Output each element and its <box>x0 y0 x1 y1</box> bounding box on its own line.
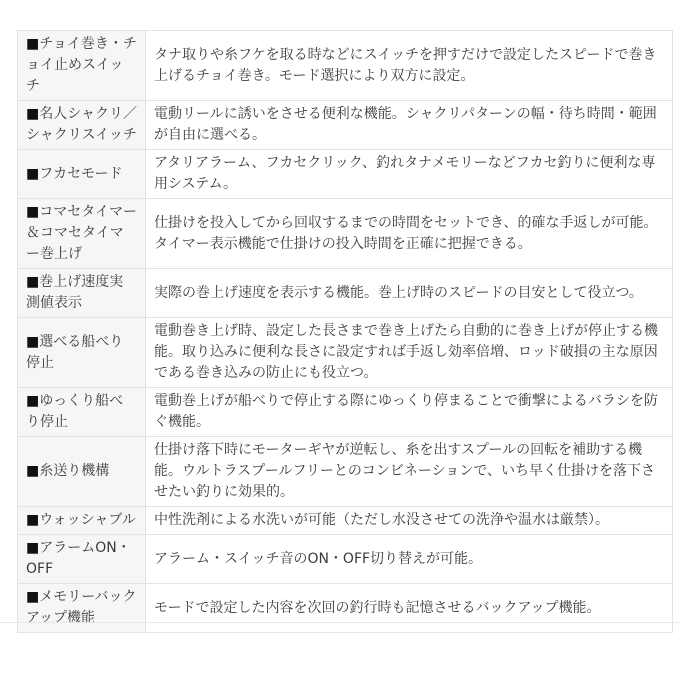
table-row: ■アラームON・OFF アラーム・スイッチ音のON・OFF切り替えが可能。 <box>18 535 673 584</box>
feature-description-cell: 実際の巻上げ速度を表示する機能。巻上げ時のスピードの目安として役立つ。 <box>146 269 673 318</box>
feature-description-cell: 電動リールに誘いをさせる便利な機能。シャクリパターンの幅・待ち時間・範囲が自由に… <box>146 101 673 150</box>
feature-name-cell: ■選べる船べり停止 <box>18 318 146 388</box>
feature-description-cell: 電動巻上げが船べりで停止する際にゆっくり停まることで衝撃によるバラシを防ぐ機能。 <box>146 388 673 437</box>
feature-description-cell: モードで設定した内容を次回の釣行時も記憶させるバックアップ機能。 <box>146 584 673 633</box>
square-bullet-icon: ■ <box>26 393 39 409</box>
feature-name-cell: ■糸送り機構 <box>18 437 146 507</box>
feature-name-cell: ■アラームON・OFF <box>18 535 146 584</box>
feature-description-cell: 電動巻き上げ時、設定した長さまで巻き上げたら自動的に巻き上げが停止する機能。取り… <box>146 318 673 388</box>
square-bullet-icon: ■ <box>26 36 39 52</box>
square-bullet-icon: ■ <box>26 274 39 290</box>
feature-name: チョイ巻き・チョイ止めスイッチ <box>26 36 137 94</box>
feature-name-cell: ■ゆっくり船べり停止 <box>18 388 146 437</box>
table-row: ■メモリーバックアップ機能 モードで設定した内容を次回の釣行時も記憶させるバック… <box>18 584 673 633</box>
feature-name-cell: ■フカセモード <box>18 150 146 199</box>
feature-description-cell: 仕掛けを投入してから回収するまでの時間をセットでき、的確な手返しが可能。タイマー… <box>146 199 673 269</box>
feature-name: 選べる船べり停止 <box>26 334 123 371</box>
table-row: ■糸送り機構 仕掛け落下時にモーターギヤが逆転し、糸を出すスプールの回転を補助す… <box>18 437 673 507</box>
square-bullet-icon: ■ <box>26 540 39 556</box>
section-divider <box>0 622 680 623</box>
feature-description-cell: タナ取りや糸フケを取る時などにスイッチを押すだけで設定したスピードで巻き上げるチ… <box>146 31 673 101</box>
table-row: ■コマセタイマー＆コマセタイマー巻上げ 仕掛けを投入してから回収するまでの時間を… <box>18 199 673 269</box>
square-bullet-icon: ■ <box>26 463 39 479</box>
feature-description-cell: アラーム・スイッチ音のON・OFF切り替えが可能。 <box>146 535 673 584</box>
square-bullet-icon: ■ <box>26 334 39 350</box>
feature-name: メモリーバックアップ機能 <box>26 589 137 626</box>
feature-name: 巻上げ速度実測値表示 <box>26 274 123 311</box>
feature-name: フカセモード <box>39 166 122 182</box>
feature-name: 糸送り機構 <box>39 463 109 479</box>
feature-name: アラームON・OFF <box>26 540 131 577</box>
product-feature-page: ■チョイ巻き・チョイ止めスイッチ タナ取りや糸フケを取る時などにスイッチを押すだ… <box>0 0 680 680</box>
feature-name-cell: ■コマセタイマー＆コマセタイマー巻上げ <box>18 199 146 269</box>
square-bullet-icon: ■ <box>26 204 39 220</box>
feature-description-cell: 仕掛け落下時にモーターギヤが逆転し、糸を出すスプールの回転を補助する機能。ウルト… <box>146 437 673 507</box>
table-row: ■ウォッシャブル 中性洗剤による水洗いが可能（ただし水没させての洗浄や温水は厳禁… <box>18 507 673 535</box>
table-row: ■名人シャクリ／シャクリスイッチ 電動リールに誘いをさせる便利な機能。シャクリパ… <box>18 101 673 150</box>
square-bullet-icon: ■ <box>26 106 39 122</box>
table-row: ■フカセモード アタリアラーム、フカセクリック、釣れタナメモリーなどフカセ釣りに… <box>18 150 673 199</box>
feature-name-cell: ■名人シャクリ／シャクリスイッチ <box>18 101 146 150</box>
feature-name: ウォッシャブル <box>39 512 136 528</box>
feature-name-cell: ■巻上げ速度実測値表示 <box>18 269 146 318</box>
feature-name-cell: ■チョイ巻き・チョイ止めスイッチ <box>18 31 146 101</box>
square-bullet-icon: ■ <box>26 512 39 528</box>
feature-name: コマセタイマー＆コマセタイマー巻上げ <box>26 204 137 262</box>
feature-name-cell: ■メモリーバックアップ機能 <box>18 584 146 633</box>
feature-name: 名人シャクリ／シャクリスイッチ <box>26 106 137 143</box>
feature-description-cell: 中性洗剤による水洗いが可能（ただし水没させての洗浄や温水は厳禁）。 <box>146 507 673 535</box>
table-row: ■巻上げ速度実測値表示 実際の巻上げ速度を表示する機能。巻上げ時のスピードの目安… <box>18 269 673 318</box>
feature-description-cell: アタリアラーム、フカセクリック、釣れタナメモリーなどフカセ釣りに便利な専用システ… <box>146 150 673 199</box>
feature-name-cell: ■ウォッシャブル <box>18 507 146 535</box>
feature-table: ■チョイ巻き・チョイ止めスイッチ タナ取りや糸フケを取る時などにスイッチを押すだ… <box>17 30 673 633</box>
square-bullet-icon: ■ <box>26 589 39 605</box>
feature-name: ゆっくり船べり停止 <box>26 393 123 430</box>
square-bullet-icon: ■ <box>26 166 39 182</box>
table-row: ■選べる船べり停止 電動巻き上げ時、設定した長さまで巻き上げたら自動的に巻き上げ… <box>18 318 673 388</box>
table-row: ■チョイ巻き・チョイ止めスイッチ タナ取りや糸フケを取る時などにスイッチを押すだ… <box>18 31 673 101</box>
table-row: ■ゆっくり船べり停止 電動巻上げが船べりで停止する際にゆっくり停まることで衝撃に… <box>18 388 673 437</box>
